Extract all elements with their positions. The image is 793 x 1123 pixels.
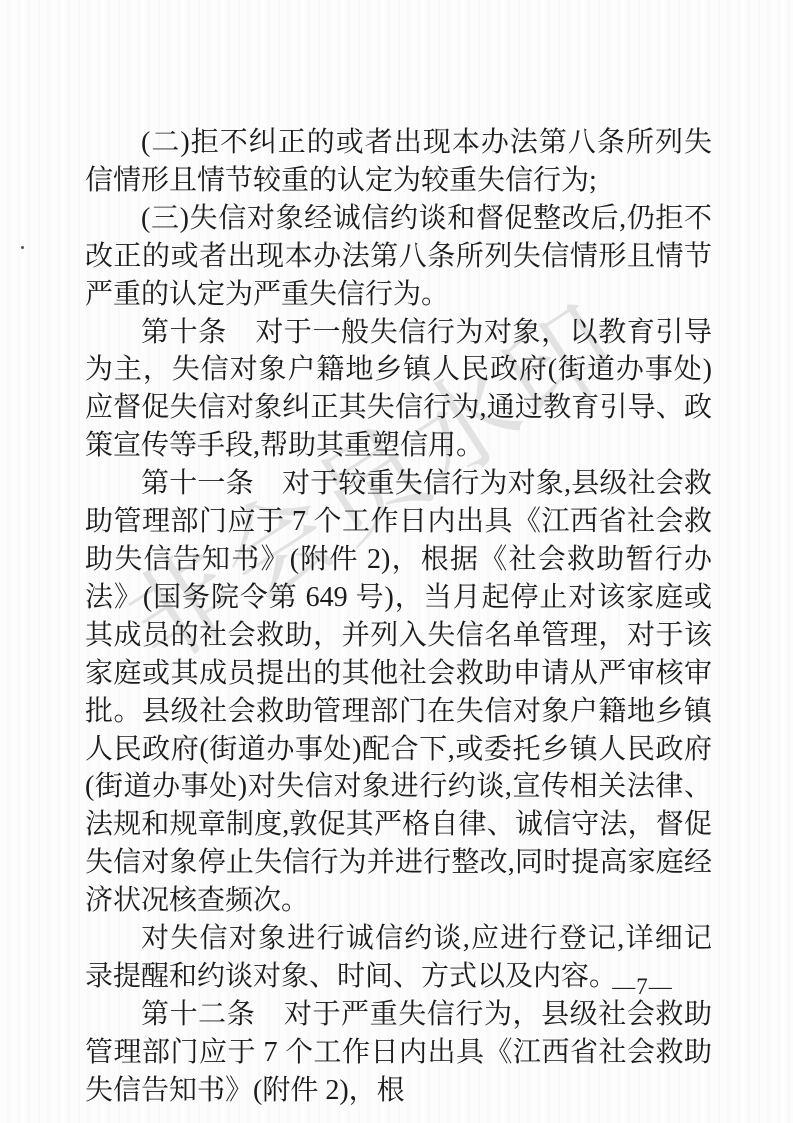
page-number: —7— <box>560 974 725 1000</box>
ink-speck <box>324 245 327 249</box>
paragraph-article-10: 第十条 对于一般失信行为对象，以教育引导为主，失信对象户籍地乡镇人民政府(街道办… <box>85 314 712 466</box>
ink-speck <box>21 246 24 249</box>
paragraph-article-11: 第十一条 对于较重失信行为对象,县级社会救助管理部门应于 7 个工作日内出具《江… <box>85 465 712 920</box>
paragraph-article-12: 第十二条 对于严重失信行为，县级社会救助管理部门应于 7 个工作日内出具《江西省… <box>85 996 712 1110</box>
document-body: (二)拒不纠正的或者出现本办法第八条所列失信情形且情节较重的认定为较重失信行为;… <box>85 124 712 1110</box>
document-page: 非会员水印 (二)拒不纠正的或者出现本办法第八条所列失信情形且情节较重的认定为较… <box>0 0 793 1123</box>
paragraph-item-3: (三)失信对象经诚信约谈和督促整改后,仍拒不改正的或者出现本办法第八条所列失信情… <box>85 200 712 314</box>
paragraph-item-2: (二)拒不纠正的或者出现本办法第八条所列失信情形且情节较重的认定为较重失信行为; <box>85 124 712 200</box>
